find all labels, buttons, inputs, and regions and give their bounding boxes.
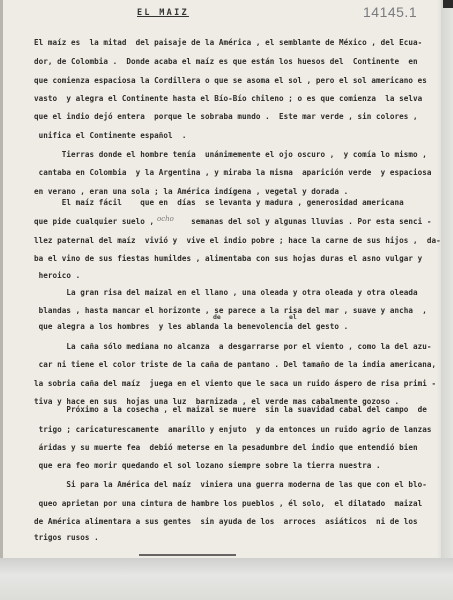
text-line: que pide cualquier suelo , semanas del s… [34,217,431,226]
text-line: El maíz fácil que en días se levanta y m… [34,198,404,207]
text-line: car ni tiene el color triste de la caña … [34,360,436,369]
text-line: ba el vino de sus fiestas humildes , ali… [34,254,422,263]
scan-corner [443,0,453,8]
scan-background [0,558,453,600]
text-line: llez paternal del maíz vivió y vive el i… [34,236,441,245]
text-line: que comienza espaciosa la Cordillera o q… [34,76,427,85]
handwritten-insert: ocho [157,215,174,223]
text-line: El maíz es la mitad del paisaje de la Am… [34,38,422,47]
text-line: trigo ; caricaturescamente amarillo y en… [34,425,431,434]
closing-rule [139,554,236,556]
text-line: en verano , eran una sola ; la América i… [34,187,348,196]
text-line: Si para la América del maíz viniera una … [34,480,427,489]
text-line: blandas , hasta mancar el horizonte , se… [34,306,427,315]
text-line: queo aprietan por una cintura de hambre … [34,499,422,508]
text-line: la sobria caña del maíz juega en el vien… [34,379,436,388]
text-line: Próximo a la cosecha , el maizal se muer… [34,405,427,414]
text-line: La caña sólo mediana no alcanza a desgar… [34,342,431,351]
text-line: unifica el Continente español . [34,131,187,140]
text-line: dor, de Colombia . Donde acaba el maíz e… [34,57,418,66]
text-line: Tierras donde el hombre tenía unánimemen… [34,150,427,159]
document-title: EL MAIZ [137,8,189,18]
text-line: La gran risa del maizal en el llano , un… [34,288,418,297]
text-line: que el indio dejó entera porque le sobra… [34,112,418,121]
text-line: trigos rusos . [34,533,99,542]
interlinear-correction: de [213,313,221,321]
text-line: vasto y alegra el Continente hasta el Bí… [34,94,422,103]
page-left-edge [0,0,3,600]
page-right-edge [441,0,453,600]
text-line: cantaba en Colombia y la Argentina , y m… [34,168,431,177]
text-line: áridas y su muerte fea debió meterse en … [34,443,418,452]
interlinear-correction: el [289,313,297,321]
text-line: de América alimentara a sus gentes sin a… [34,517,418,526]
text-line: que era feo morir quedando el sol lozano… [34,461,381,470]
text-line: que alegra a los hombres y les ablanda l… [34,322,348,331]
text-line: heroico . [34,271,80,280]
archive-number: 14145.1 [363,4,417,20]
